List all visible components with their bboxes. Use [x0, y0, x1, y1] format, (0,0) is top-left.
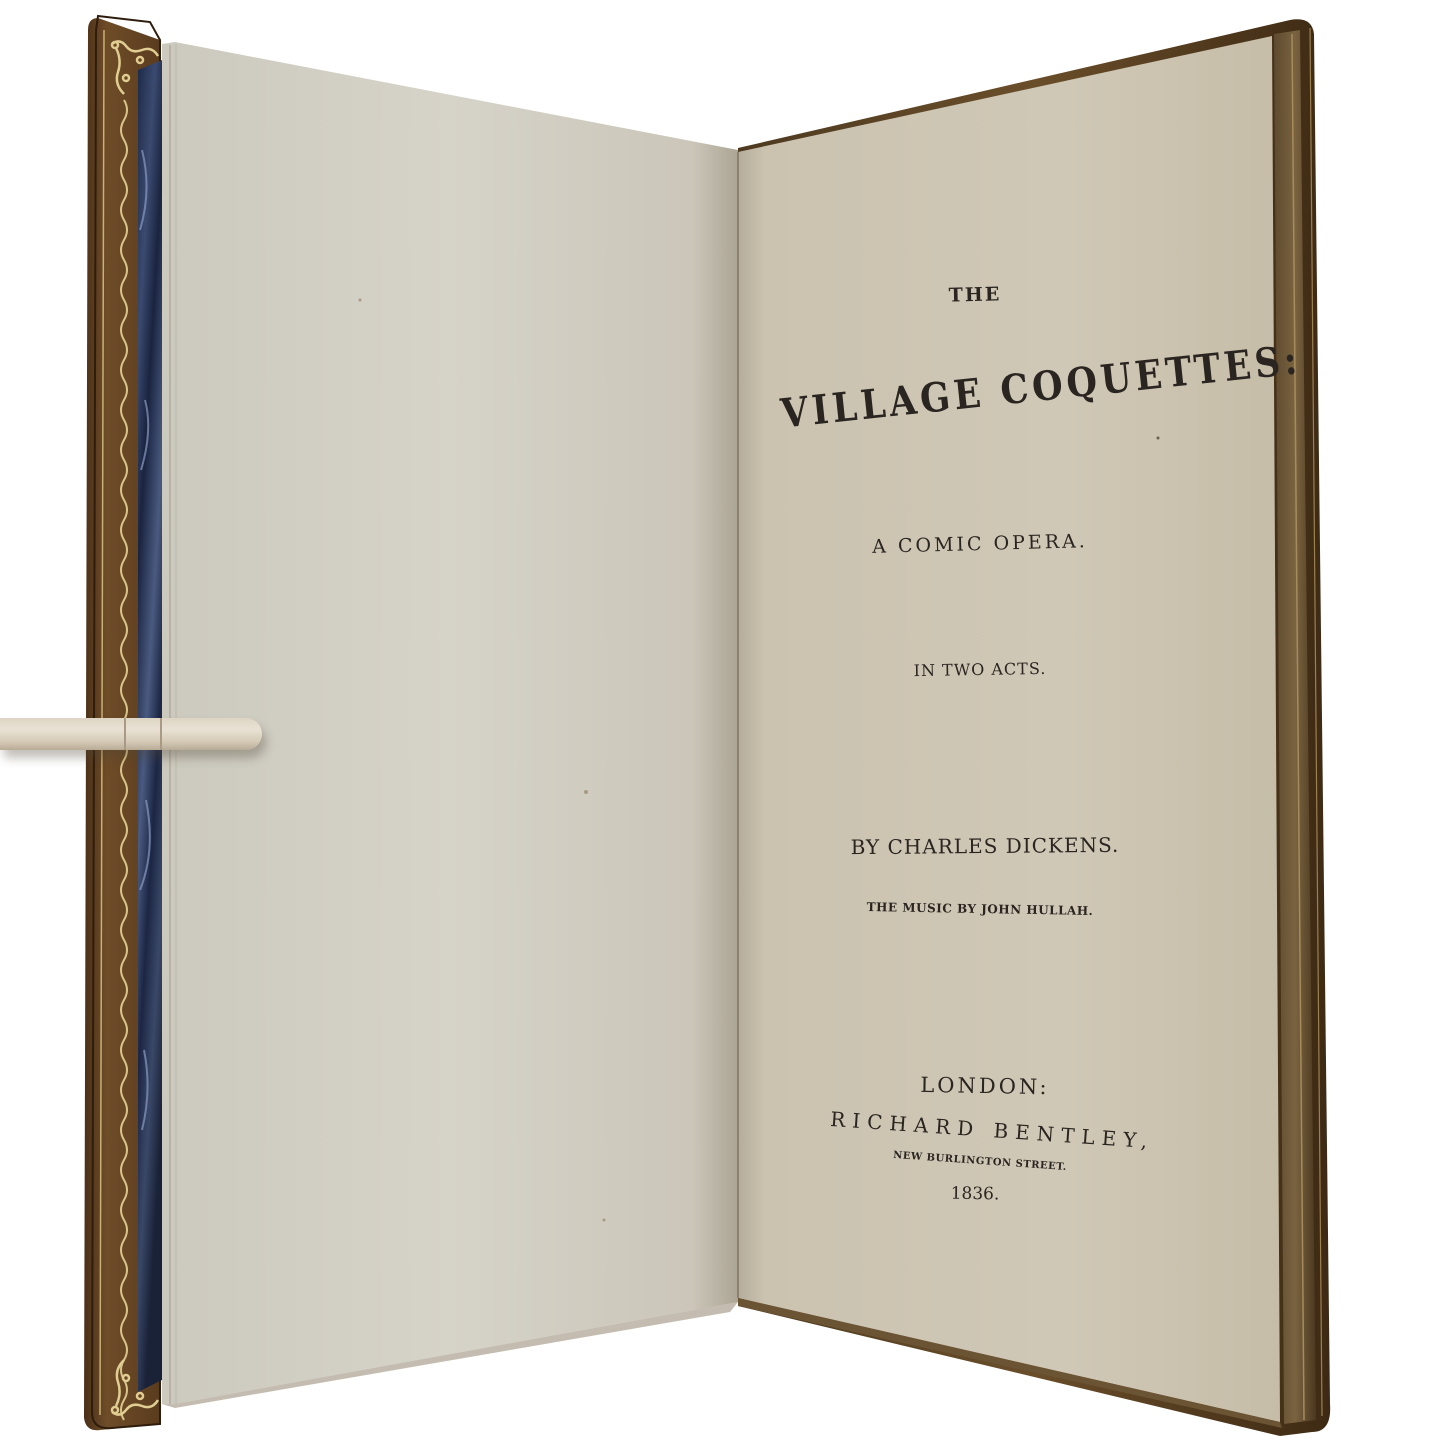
- book-photo: THE VILLAGE COQUETTES: A COMIC OPERA. IN…: [0, 0, 1445, 1445]
- stick-ring: [124, 718, 126, 750]
- stick-ring: [160, 718, 162, 750]
- right-page: [738, 36, 1282, 1428]
- page-holder-stick: [0, 718, 262, 750]
